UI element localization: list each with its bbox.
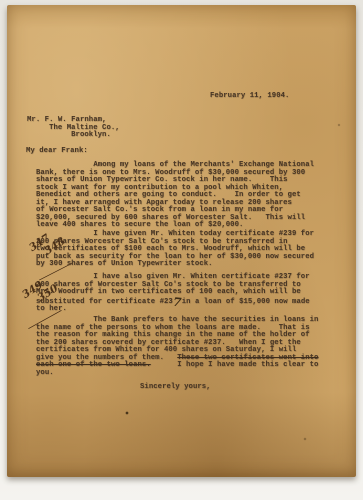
recipient-address: Mr. F. W. Farnham, The Maltine Co., Broo… <box>27 117 120 140</box>
closing-sincerely: Sincerely yours, <box>140 384 211 392</box>
letter-date: February 11, 1904. <box>210 93 289 101</box>
letter-page: February 11, 1904. Mr. F. W. Farnham, Th… <box>7 5 356 477</box>
handwritten-digit-7: 7 <box>173 299 178 303</box>
paragraph-2: I have given Mr. Whiten today certificat… <box>36 231 336 269</box>
paragraph-1: Among my loans of the Merchants' Exchang… <box>36 162 336 230</box>
salutation: My dear Frank: <box>26 148 88 156</box>
paragraph-4: The Bank prefers to have the securities … <box>36 317 336 377</box>
paragraph-3: I have also given Mr. Whiten certificate… <box>36 274 336 314</box>
